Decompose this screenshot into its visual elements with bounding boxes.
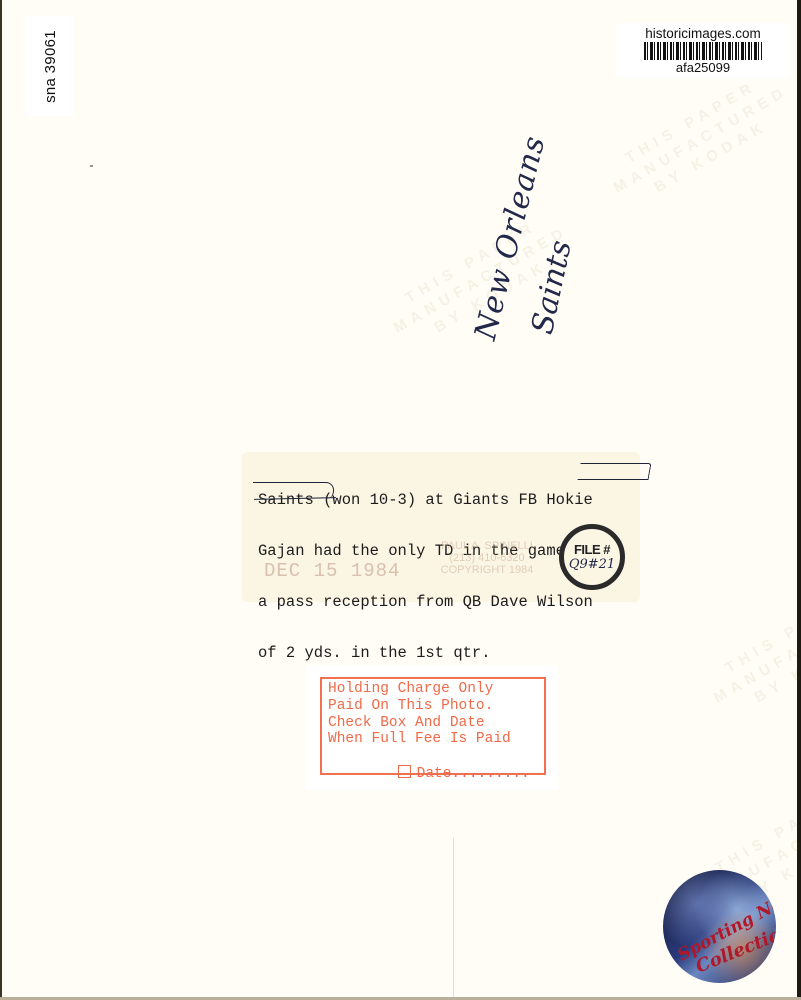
holding-line: Check Box And Date [328,715,544,732]
file-number-stamp: FILE # Q9#21 [559,524,625,590]
holding-date-row: Date......... [328,748,544,799]
paper-crease [453,838,454,997]
holding-charge-slip: Holding Charge Only Paid On This Photo. … [306,665,558,790]
holding-line: Holding Charge Only [328,681,544,698]
fee-paid-checkbox [398,765,411,778]
barcode-sticker: historicimages.com afa25099 [616,23,790,78]
file-label: FILE # [574,543,610,557]
holding-charge-stamp: Holding Charge Only Paid On This Photo. … [320,677,546,775]
caption-line: a pass reception from QB Dave Wilson [258,594,593,611]
holding-line: When Full Fee Is Paid [328,731,544,748]
archive-id-label: sna 39061 [26,16,74,116]
collection-seal-sticker: Sporting News Collection [663,870,776,983]
caption-line: of 2 yds. in the 1st qtr. [258,645,593,662]
barcode-site-text: historicimages.com [645,26,761,41]
scan-edge-right [797,0,801,1000]
copyright-line: (213) 410-6320 [427,552,547,564]
scan-edge-left [0,0,2,1000]
kodak-watermark: THIS PAPER MANUFACTURED BY KODAK [600,64,797,215]
file-number: Q9#21 [569,557,615,572]
caption-slip: Saints (won 10-3) at Giants FB Hokie Gaj… [242,452,640,602]
copyright-line: COPYRIGHT 1984 [427,564,547,576]
date-stamp: DEC 15 1984 [264,560,400,582]
kodak-watermark: THIS PAPER MANUFACTURED BY KODAK [700,574,797,725]
barcode-icon [644,42,762,60]
paper-scuff [90,165,93,167]
holding-date-label: Date......... [417,766,530,782]
photo-back-paper: THIS PAPER MANUFACTURED BY KODAK THIS PA… [2,0,797,997]
copyright-line: PAUL A. SPINELLI [427,540,547,552]
archive-id-text: sna 39061 [42,30,59,103]
copyright-stamp: PAUL A. SPINELLI (213) 410-6320 COPYRIGH… [427,540,547,576]
watermark-line: MANUFACTURED [610,82,792,199]
pen-mark-hokie [578,463,652,480]
holding-line: Paid On This Photo. [328,698,544,715]
barcode-code-text: afa25099 [676,60,730,75]
